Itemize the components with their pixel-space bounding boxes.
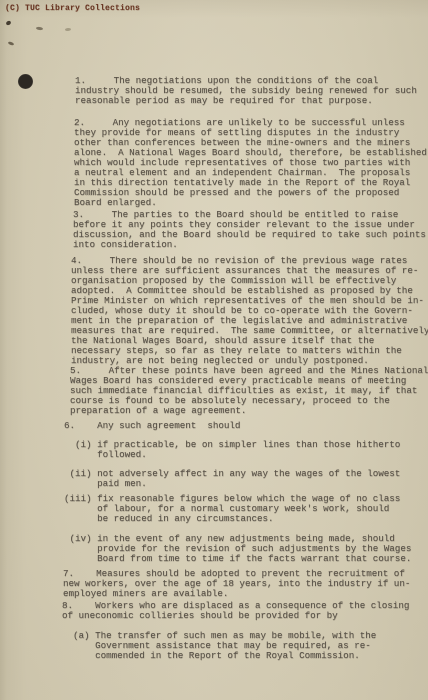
ink-speck xyxy=(36,27,43,31)
subitem-iv: (iv) in the event of any new adjustments… xyxy=(64,534,411,564)
paragraph-2: 2. Any negotiations are unlikely to be s… xyxy=(74,118,427,208)
paragraph-4: 4. There should be no revision of the pr… xyxy=(71,256,428,366)
scanned-document-page: { "watermark": "(C) TUC Library Collecti… xyxy=(0,0,428,700)
ink-speck xyxy=(5,20,11,26)
paragraph-1: 1. The negotiations upon the conditions … xyxy=(75,76,417,106)
paragraph-6: 6. Any such agreement should xyxy=(64,421,240,431)
ink-speck xyxy=(65,28,71,32)
paragraph-5: 5. After these points have been agreed a… xyxy=(70,366,428,416)
subitem-i: (i) if practicable, be on simpler lines … xyxy=(64,440,400,460)
paragraph-3: 3. The parties to the Board should be en… xyxy=(73,210,426,250)
paragraph-8: 8. Workers who are displaced as a conseq… xyxy=(62,601,409,621)
ink-speck xyxy=(8,41,15,46)
subitem-ii: (ii) not adversely affect in any way the… xyxy=(64,469,400,489)
library-watermark: (C) TUC Library Collections xyxy=(5,4,140,13)
paragraph-7: 7. Measures should be adopted to prevent… xyxy=(63,569,410,599)
subitem-iii: (iii) fix reasonable figures below which… xyxy=(64,494,400,524)
hole-punch-mark xyxy=(18,74,33,89)
subitem-a: (a) The transfer of such men as may be m… xyxy=(62,631,376,661)
